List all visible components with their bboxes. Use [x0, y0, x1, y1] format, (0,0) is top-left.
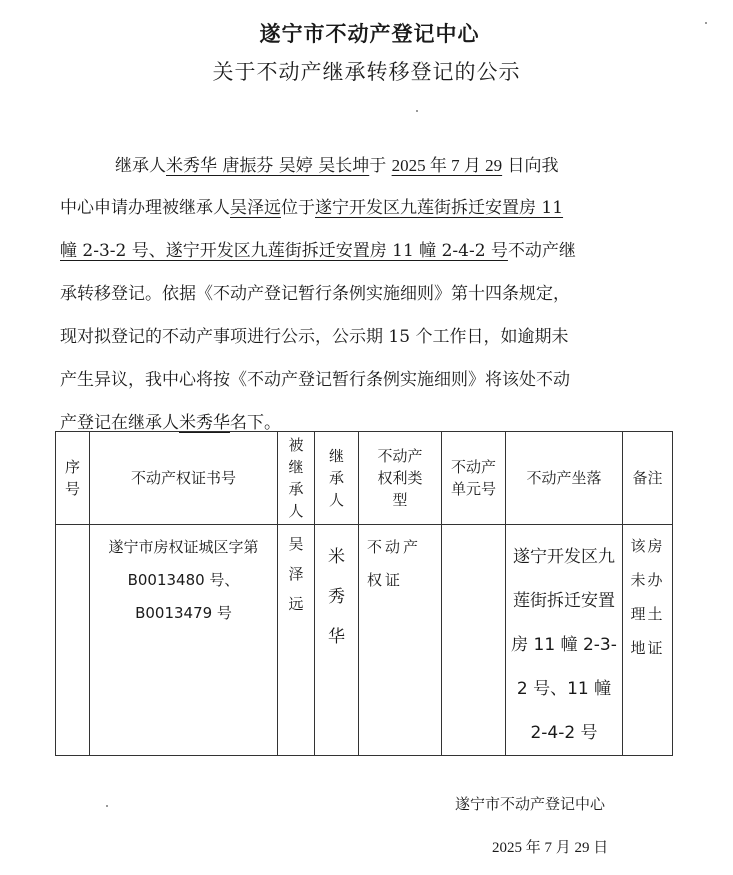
header-heir: 继承人	[315, 432, 359, 525]
heirs-names: 米秀华 唐振芬 吴婷 吴长坤	[166, 156, 369, 176]
body-line-4: 承转移登记。依据《不动产登记暂行条例实施细则》第十四条规定，	[60, 273, 660, 316]
header-unit-no: 不动产单元号	[442, 432, 506, 525]
cell-remark: 该房未办理土地证	[623, 525, 673, 756]
registration-table: 序号 不动产权证书号 被继承人 继承人 不动产权利类型 不动产单元号 不动产坐落…	[55, 431, 673, 756]
decedent-name: 吴泽远	[230, 198, 281, 218]
signature-date: 2025 年 7 月 29 日	[492, 836, 608, 857]
notice-body: 继承人米秀华 唐振芬 吴婷 吴长坤于 2025 年 7 月 29 日向我 中心申…	[60, 144, 660, 445]
table-header-row: 序号 不动产权证书号 被继承人 继承人 不动产权利类型 不动产单元号 不动产坐落…	[56, 432, 673, 525]
header-cert-no: 不动产权证书号	[90, 432, 278, 525]
scan-speck	[106, 805, 108, 807]
body-line-3: 幢 2-3-2 号、遂宁开发区九莲街拆迁安置房 11 幢 2-4-2 号不动产继	[60, 230, 660, 273]
header-seq: 序号	[56, 432, 90, 525]
cell-unit-no	[442, 525, 506, 756]
body-line-2: 中心申请办理被继承人吴泽远位于遂宁开发区九莲街拆迁安置房 11	[60, 187, 660, 230]
header-right-type: 不动产权利类型	[359, 432, 442, 525]
cell-location: 遂宁开发区九莲街拆迁安置房 11 幢 2-3-2 号、11 幢 2-4-2 号	[506, 525, 623, 756]
cell-cert-no: 遂宁市房权证城区字第 B0013480 号、B0013479 号	[90, 525, 278, 756]
property-location-1: 遂宁开发区九莲街拆迁安置房 11	[315, 198, 563, 218]
body-line-1: 继承人米秀华 唐振芬 吴婷 吴长坤于 2025 年 7 月 29 日向我	[60, 144, 660, 187]
scan-speck	[416, 110, 418, 112]
scan-speck	[705, 22, 707, 24]
table-row: 遂宁市房权证城区字第 B0013480 号、B0013479 号 吴泽远 米秀华…	[56, 525, 673, 756]
signature-org: 遂宁市不动产登记中心	[455, 793, 605, 814]
header-decedent: 被继承人	[278, 432, 315, 525]
cell-decedent: 吴泽远	[278, 525, 315, 756]
apply-date: 2025 年 7 月 29	[392, 156, 503, 175]
cell-seq	[56, 525, 90, 756]
header-remark: 备注	[623, 432, 673, 525]
body-line-5: 现对拟登记的不动产事项进行公示，公示期 15 个工作日，如逾期未	[60, 316, 660, 359]
header-location: 不动产坐落	[506, 432, 623, 525]
body-line-6: 产生异议，我中心将按《不动产登记暂行条例实施细则》将该处不动	[60, 359, 660, 402]
notice-title: 关于不动产继承转移登记的公示	[0, 56, 733, 86]
org-title: 遂宁市不动产登记中心	[0, 18, 733, 48]
cell-heir: 米秀华	[315, 525, 359, 756]
cell-right-type: 不动产权证	[359, 525, 442, 756]
property-location-2: 幢 2-3-2 号、遂宁开发区九莲街拆迁安置房 11 幢 2-4-2 号	[60, 241, 508, 261]
final-heir-name: 米秀华	[179, 413, 230, 433]
